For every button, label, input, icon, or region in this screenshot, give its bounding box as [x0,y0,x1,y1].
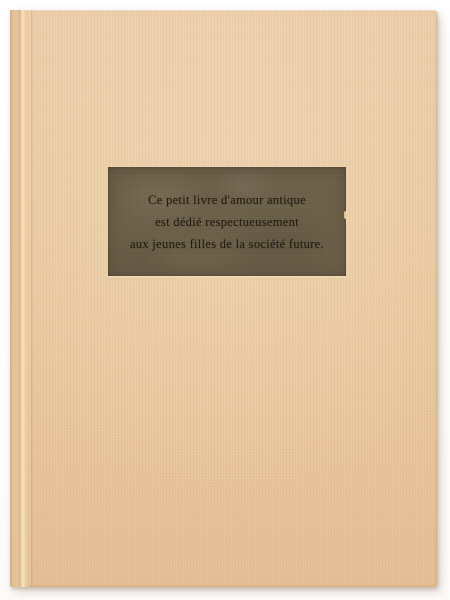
spine-hinge-groove [31,10,34,587]
cloth-weave-texture [10,10,437,587]
book-spine [10,10,30,587]
dedication-line-3: aux jeunes filles de la société future. [130,233,324,255]
dedication-label: Ce petit livre d'amour antique est dédié… [108,167,346,276]
photo-background: Ce petit livre d'amour antique est dédié… [0,0,450,600]
dedication-line-2: est dédié respectueusement [130,211,324,233]
cloth-grain-texture [10,10,437,587]
label-worn-edge-spot [344,211,347,219]
book-cover: Ce petit livre d'amour antique est dédié… [10,10,437,587]
dedication-text: Ce petit livre d'amour antique est dédié… [130,189,324,255]
dedication-line-1: Ce petit livre d'amour antique [130,189,324,211]
